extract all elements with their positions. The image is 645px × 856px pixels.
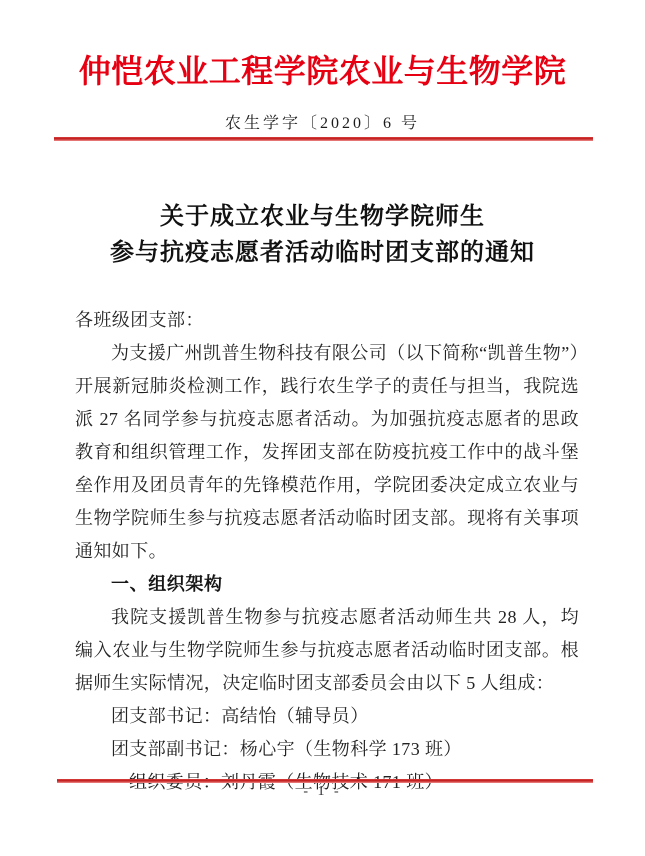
section-heading-organization-structure: 一、组织架构: [75, 568, 579, 601]
footer-divider-line: [57, 779, 593, 783]
member-line-branch-secretary: 团支部书记：高结怡（辅导员）: [75, 700, 579, 733]
document-title-line1: 关于成立农业与生物学院师生: [0, 199, 645, 235]
header-divider-line: [54, 137, 593, 141]
page-number: - 1 -: [0, 784, 645, 800]
document-title: 关于成立农业与生物学院师生 参与抗疫志愿者活动临时团支部的通知: [0, 199, 645, 271]
paragraph-organization: 我院支援凯普生物参与抗疫志愿者活动师生共 28 人，均编入农业与生物学院师生参与…: [75, 601, 579, 700]
document-page: 仲恺农业工程学院农业与生物学院 农生学字〔2020〕6 号 关于成立农业与生物学…: [0, 0, 645, 856]
paragraph-intro: 为支援广州凯普生物科技有限公司（以下简称“凯普生物”）开展新冠肺炎检测工作，践行…: [75, 337, 579, 568]
salutation: 各班级团支部：: [75, 304, 579, 337]
document-body: 各班级团支部： 为支援广州凯普生物科技有限公司（以下简称“凯普生物”）开展新冠肺…: [75, 304, 579, 799]
document-header-institution: 仲恺农业工程学院农业与生物学院: [0, 46, 645, 92]
document-title-line2: 参与抗疫志愿者活动临时团支部的通知: [0, 235, 645, 271]
document-number: 农生学字〔2020〕6 号: [0, 110, 645, 133]
member-line-deputy-branch-secretary: 团支部副书记：杨心宇（生物科学 173 班）: [75, 733, 579, 766]
